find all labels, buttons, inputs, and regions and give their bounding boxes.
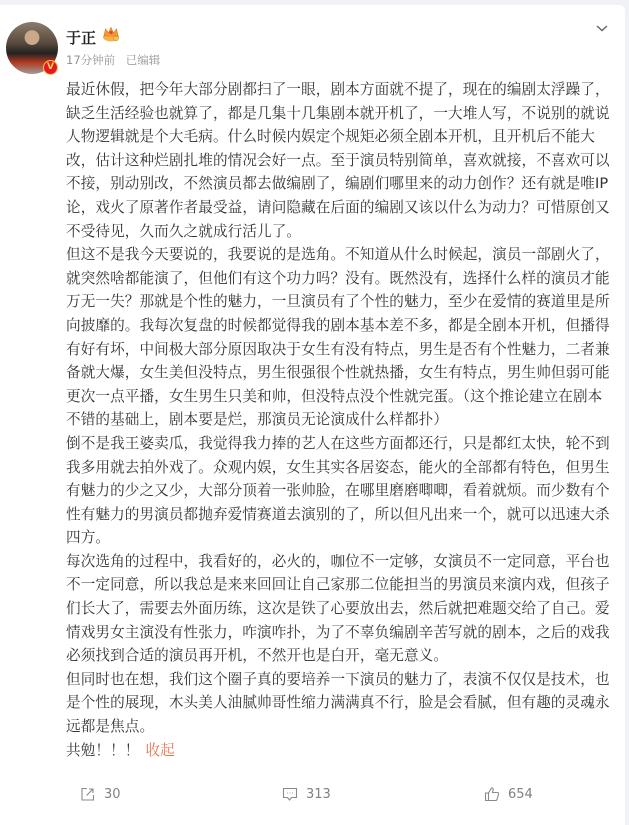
post-paragraph: 最近休假，把今年大部分剧都扫了一眼，剧本方面就不提了，现在的编剧太浮躁了，缺乏生…: [66, 78, 615, 243]
like-button[interactable]: 654: [484, 786, 533, 802]
post-paragraph: 倒不是我王婆卖瓜，我觉得我力捧的艺人在这些方面都还行，只是都红太快，轮不到我多用…: [66, 432, 615, 550]
post-body: 最近休假，把今年大部分剧都扫了一眼，剧本方面就不提了，现在的编剧太浮躁了，缺乏生…: [66, 78, 615, 762]
repost-count: 30: [104, 787, 121, 802]
like-count: 654: [508, 787, 533, 802]
author-name[interactable]: 于正: [66, 27, 96, 48]
post-actions: 30 313 654: [0, 786, 625, 808]
post-paragraph: 每次选角的过程中，我看好的，必火的，咖位不一定够，女演员不一定同意，平台也不一定…: [66, 550, 615, 668]
post-paragraph: 但这不是我今天要说的，我要说的是选角。不知道从什么时候起，演员一部剧火了，就突然…: [66, 243, 615, 432]
crown-badge-icon[interactable]: [102, 26, 120, 42]
verified-badge-icon: V: [43, 60, 58, 75]
closing-text: 共勉！！！: [66, 742, 139, 759]
comment-count: 313: [306, 787, 331, 802]
thumbs-up-icon: [484, 786, 500, 802]
comment-button[interactable]: 313: [282, 786, 331, 802]
edited-label[interactable]: 已编辑: [126, 53, 161, 67]
weibo-post-card: V 于正 17分钟前 已编辑 最近休假，把今年大部分剧都扫了一眼，剧本方面就不提…: [0, 5, 625, 809]
comment-icon: [282, 786, 298, 802]
post-closing-line: 共勉！！！收起: [66, 739, 615, 763]
repost-icon: [80, 786, 96, 802]
collapse-link[interactable]: 收起: [145, 742, 174, 759]
post-time[interactable]: 17分钟前: [66, 53, 115, 67]
chevron-down-icon[interactable]: [595, 23, 609, 33]
repost-button[interactable]: 30: [80, 786, 121, 802]
post-paragraph: 但同时也在想，我们这个圈子真的要培养一下演员的魅力了，表演不仅仅是技术，也是个性…: [66, 668, 615, 739]
post-meta: 17分钟前 已编辑: [66, 52, 160, 68]
